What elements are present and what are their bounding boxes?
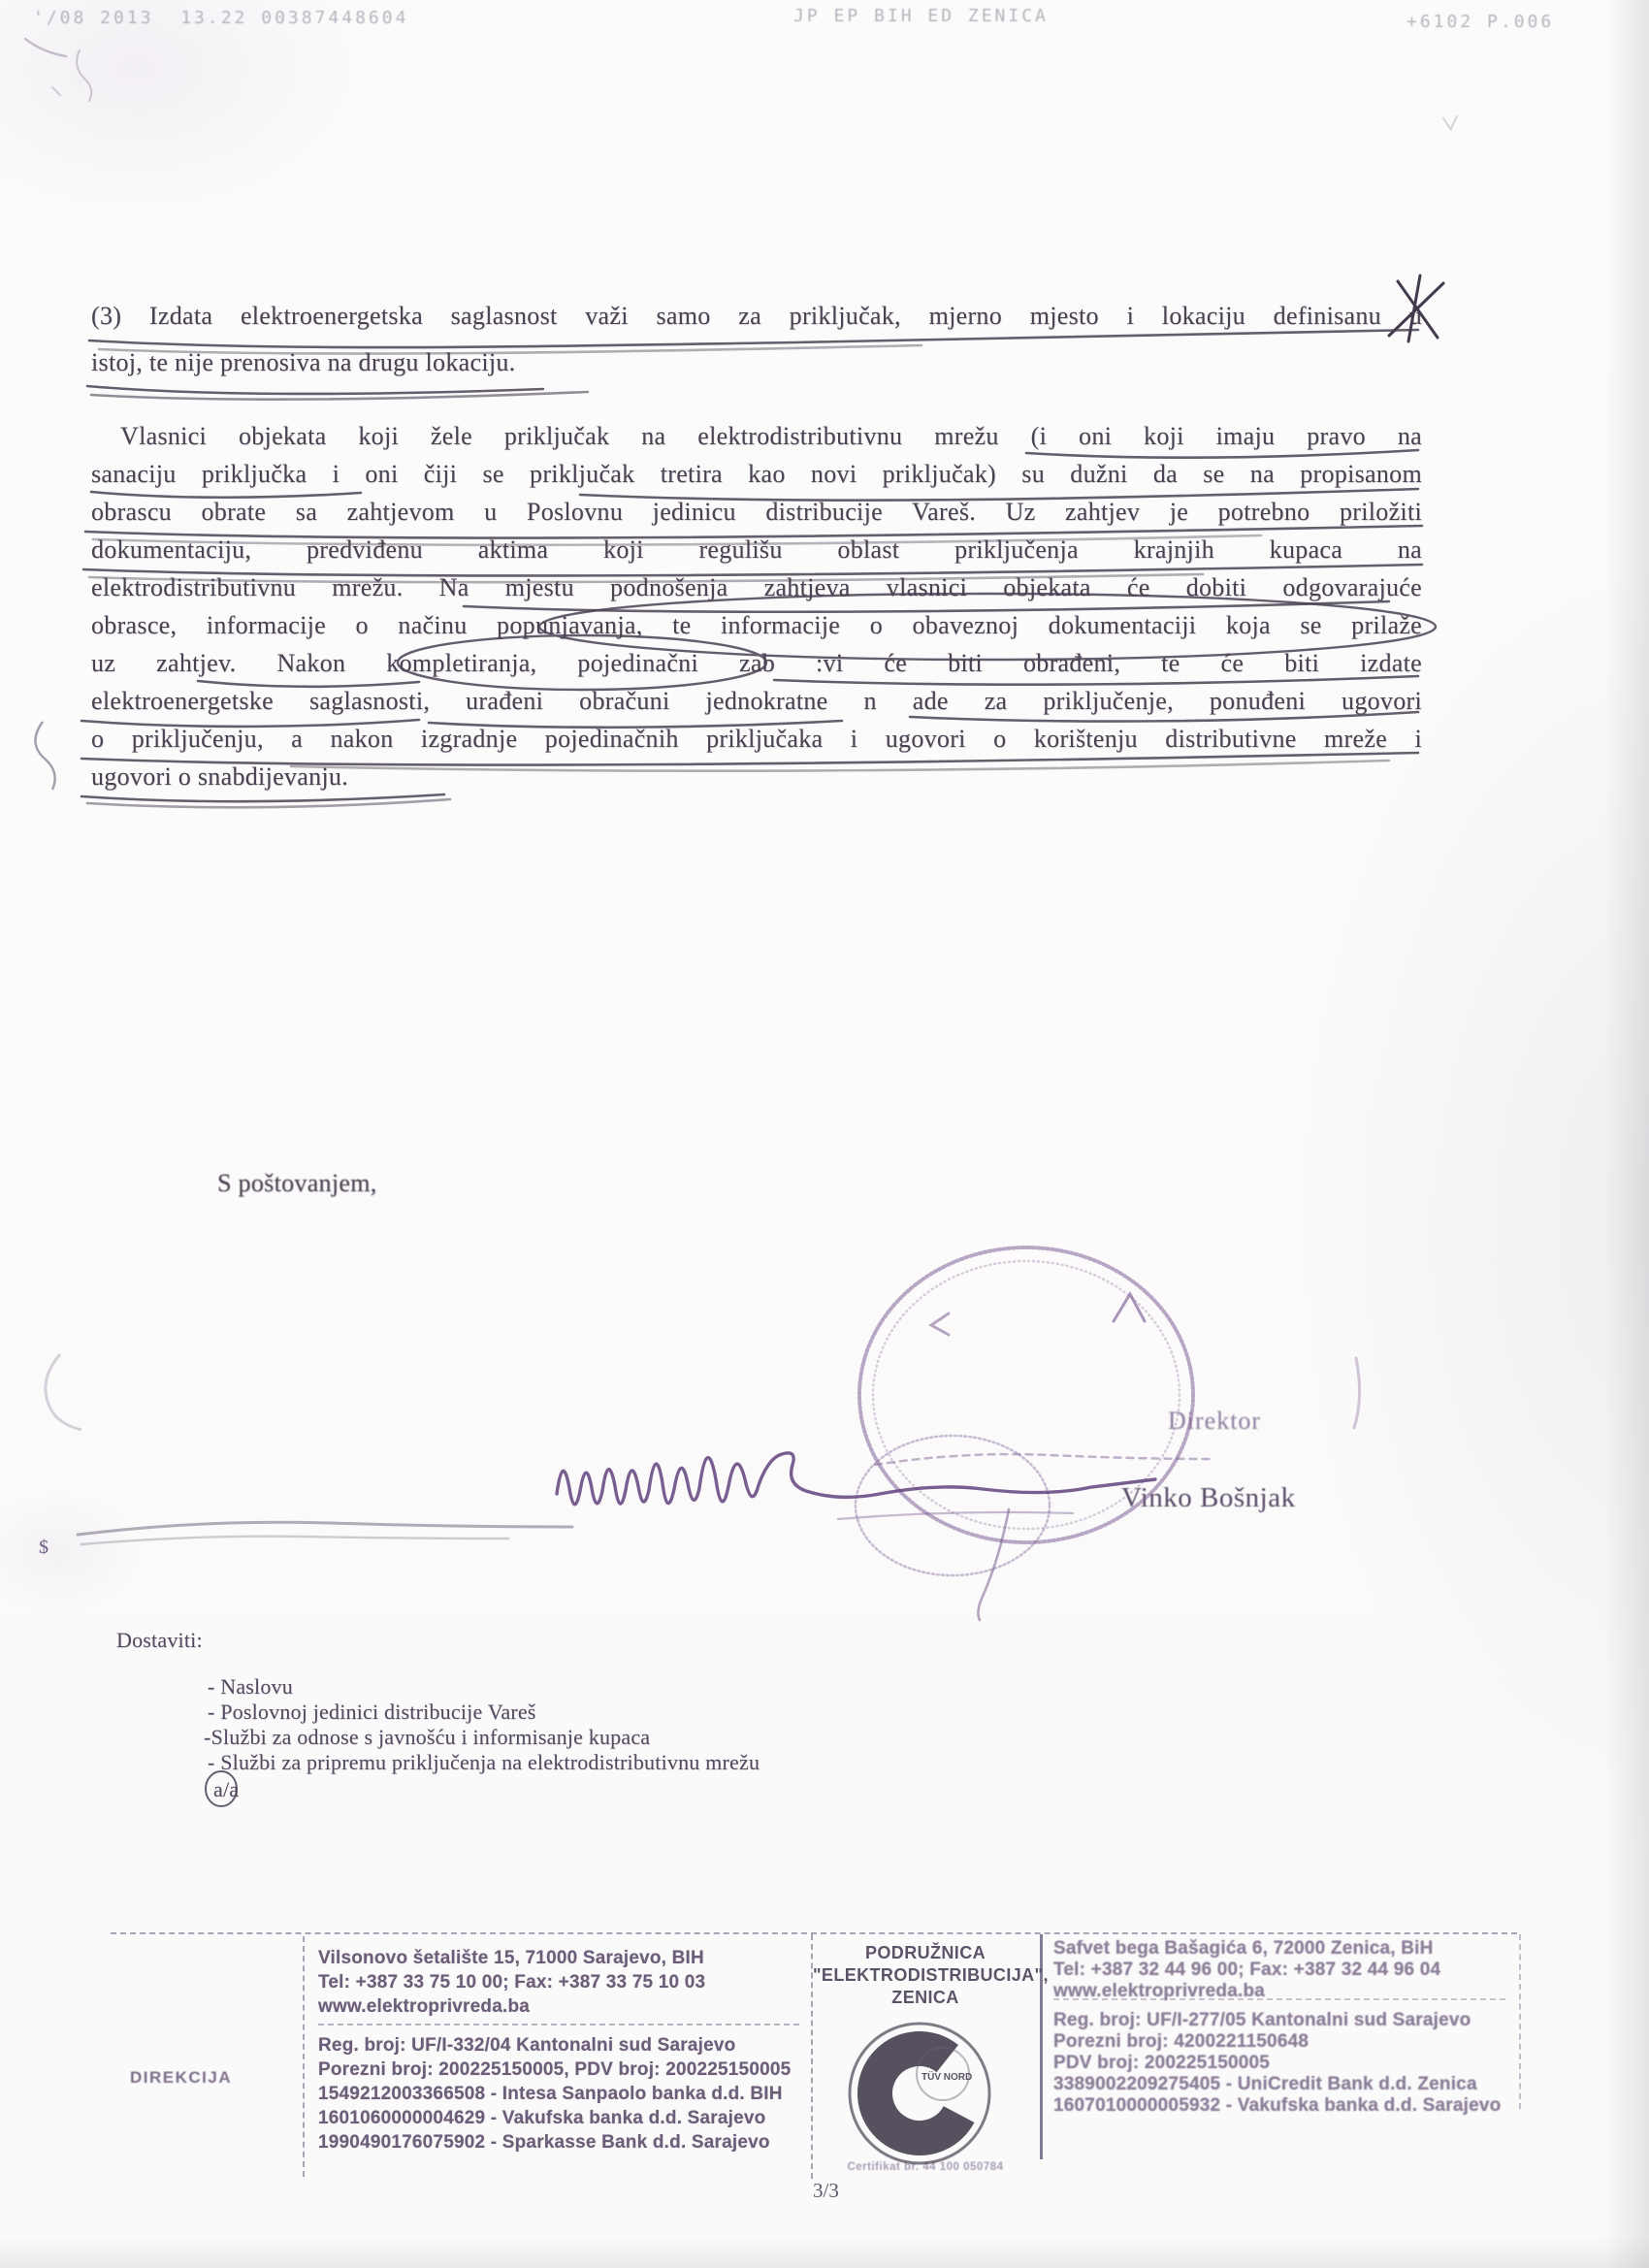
branch-name-line: ZENICA	[813, 1987, 1038, 2009]
distribution-item: -Službi za odnose s javnošću i informisa…	[204, 1725, 650, 1750]
margin-mark: $	[39, 1537, 48, 1559]
zenica-registry-block: Reg. broj: UF/I-277/05 Kantonalni sud Sa…	[1053, 2010, 1502, 2117]
footer-inner-separator	[318, 2024, 799, 2025]
body-paragraph-line: uz zahtjev. Nakon kompletiranja, pojedin…	[91, 649, 1422, 678]
body-paragraph-line: o priključenju, a nakon izgradnje pojedi…	[91, 725, 1422, 754]
hq-address-line: Vilsonovo šetalište 15, 71000 Sarajevo, …	[318, 1946, 705, 1970]
hq-address-line: Tel: +387 33 75 10 00; Fax: +387 33 75 1…	[318, 1970, 705, 1994]
footer-top-separator	[111, 1932, 1517, 1934]
fax-header-right: +6102 P.006	[1406, 12, 1554, 32]
zenica-registry-line: Reg. broj: UF/I-277/05 Kantonalni sud Sa…	[1053, 2010, 1502, 2031]
scan-edge-shadow	[0, 2235, 1649, 2268]
signature-scribble	[557, 1453, 1155, 1620]
hq-registry-line: 1601060000004629 - Vakufska banka d.d. S…	[318, 2106, 791, 2130]
body-paragraph-line: Vlasnici objekata koji žele priključak n…	[91, 422, 1422, 451]
body-paragraph-line: sanaciju priključka i oni čiji se priklj…	[91, 460, 1422, 489]
body-paragraph-line: ugovori o snabdijevanju.	[91, 762, 348, 792]
footer-vertical-separator	[1519, 1934, 1521, 2109]
zenica-registry-line: 1607010000005932 - Vakufska banka d.d. S…	[1053, 2095, 1502, 2117]
distribution-item: a/a	[213, 1777, 239, 1802]
margin-squiggle	[35, 722, 54, 790]
hq-registry-line: Porezni broj: 200225150005, PDV broj: 20…	[318, 2057, 791, 2082]
zenica-registry-line: PDV broj: 200225150005	[1053, 2053, 1502, 2074]
body-paragraph-line: dokumentaciju, predviđenu aktima koji re…	[91, 535, 1422, 565]
hq-registry-line: 1990490176075902 - Sparkasse Bank d.d. S…	[318, 2130, 791, 2155]
scan-annotations-overlay: TÜV NORD	[0, 0, 1649, 2268]
zenica-address-line: Tel: +387 32 44 96 00; Fax: +387 32 44 9…	[1053, 1960, 1440, 1981]
stamp-small-circle	[856, 1436, 1050, 1575]
hq-footer-block: Vilsonovo šetalište 15, 71000 Sarajevo, …	[318, 1946, 705, 2019]
direkcija-label: DIREKCIJA	[130, 2068, 232, 2088]
certificate-caption: Certifikat br. 44 100 050784	[823, 2161, 1028, 2173]
body-paragraph-line: elektrodistributivnu mrežu. Na mjestu po…	[91, 573, 1422, 602]
body-paragraph-line: obrascu obrate sa zahtjevom u Poslovnu j…	[91, 498, 1422, 527]
footer-vertical-separator	[303, 1936, 305, 2177]
hq-address-line: www.elektroprivreda.ba	[318, 1994, 705, 2019]
crease-mark	[46, 1354, 81, 1430]
branch-name-line: "ELEKTRODISTRIBUCIJA",	[813, 1964, 1038, 1987]
branch-name-line: PODRUŽNICA	[813, 1942, 1038, 1964]
zenica-address-line: www.elektroprivreda.ba	[1053, 1981, 1440, 2002]
zenica-registry-line: 3389002209275405 - UniCredit Bank d.d. Z…	[1053, 2074, 1502, 2095]
distribution-heading: Dostaviti:	[116, 1628, 203, 1653]
hq-registry-block: Reg. broj: UF/I-332/04 Kantonalni sud Sa…	[318, 2033, 791, 2155]
clause3-line: (3) Izdata elektroenergetska saglasnost …	[91, 302, 1422, 331]
zenica-address-line: Safvet bega Bašagića 6, 72000 Zenica, Bi…	[1053, 1938, 1440, 1960]
clause3-line: istoj, te nije prenosiva na drugu lokaci…	[91, 348, 515, 377]
hand-circle-annotations	[206, 594, 1436, 1806]
signature-title: Direktor	[1168, 1407, 1261, 1436]
fax-header-center: JP EP BIH ED ZENICA	[793, 6, 1049, 26]
distribution-item: - Naslovu	[208, 1674, 293, 1700]
stamp	[856, 1247, 1360, 1575]
distribution-item: - Poslovnoj jedinici distribucije Vareš	[208, 1700, 536, 1725]
scan-edge-shadow	[1604, 0, 1649, 2268]
logo-text: TÜV NORD	[921, 2070, 972, 2083]
body-paragraph-line: obrasce, informacije o načinu popunjavan…	[91, 611, 1422, 640]
scanned-fax-document: '/08 2013 13.22 00387448604 JP EP BIH ED…	[0, 0, 1649, 2268]
pencil-artifacts	[25, 39, 1457, 130]
body-paragraph-line: elektroenergetske saglasnosti, urađeni o…	[91, 687, 1422, 716]
zenica-registry-line: Porezni broj: 4200221150648	[1053, 2031, 1502, 2053]
zenica-footer-block: Safvet bega Bašagića 6, 72000 Zenica, Bi…	[1053, 1938, 1440, 2002]
branch-block: PODRUŽNICA "ELEKTRODISTRIBUCIJA", ZENICA	[813, 1942, 1038, 2009]
distribution-item: - Službi za pripremu priključenja na ele…	[208, 1750, 760, 1775]
signature-strike-lines	[78, 1454, 1214, 1544]
signatory-name: Vinko Bošnjak	[1121, 1482, 1296, 1514]
closing-salutation: S poštovanjem,	[217, 1169, 377, 1198]
page-indicator: 3/3	[813, 2179, 839, 2203]
hq-registry-line: 1549212003366508 - Intesa Sanpaolo banka…	[318, 2082, 791, 2106]
fax-header-left: '/08 2013 13.22 00387448604	[33, 8, 408, 28]
tuv-nord-logo: TÜV NORD	[850, 2024, 989, 2163]
hq-registry-line: Reg. broj: UF/I-332/04 Kantonalni sud Sa…	[318, 2033, 791, 2057]
